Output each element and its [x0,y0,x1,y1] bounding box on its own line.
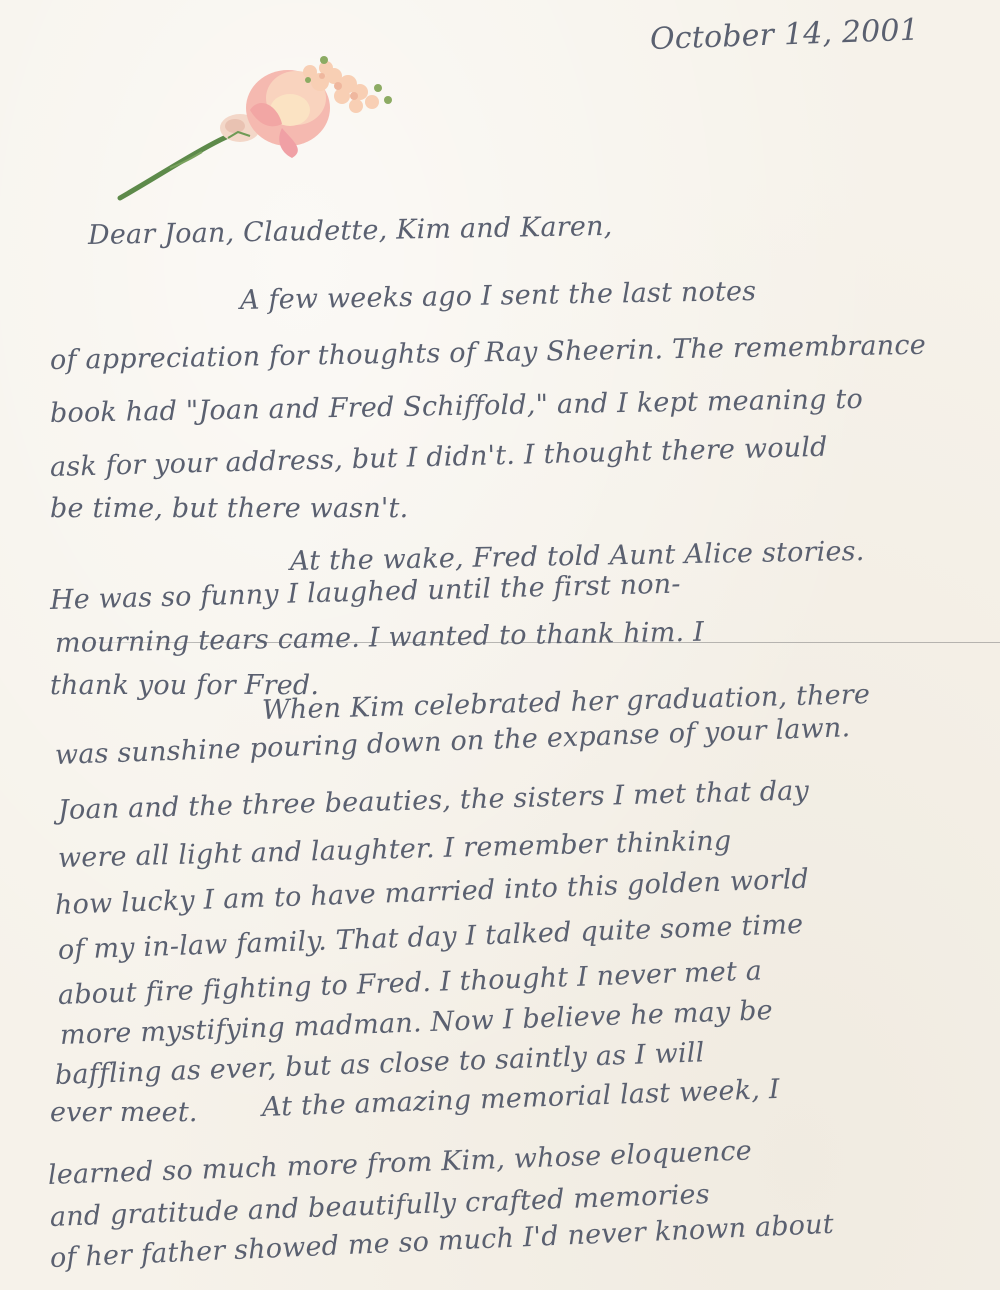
letter-line: be time, but there wasn't. [50,493,408,524]
rose-flower-illustration [110,40,400,210]
letter-line: ever meet. [50,1097,198,1128]
